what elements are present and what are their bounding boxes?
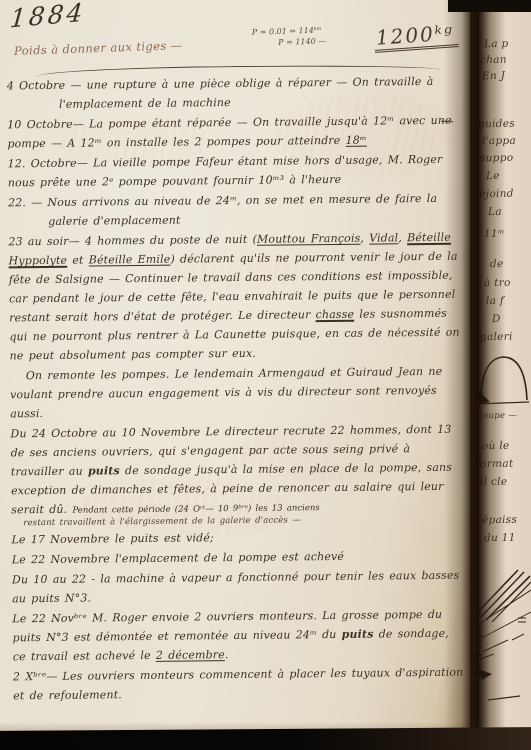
photo-top-edge <box>448 0 531 12</box>
entry-text: 2 Xᵇʳᵉ— Les ouvriers monteurs commencent… <box>13 666 464 703</box>
entry-text: 12. Octobre— La vieille pompe Fafeur éta… <box>8 153 443 190</box>
formula-bottom: P = 1140 — <box>278 35 362 47</box>
journal-entry: On remonte les pompes. Le lendemain Arme… <box>10 362 463 424</box>
entry-text: Le 17 Novembre le puits est vidé; <box>11 531 213 546</box>
entry-text: puits <box>88 464 120 477</box>
entry-text: On remonte les pompes. Le lendemain Arme… <box>10 365 442 421</box>
year-heading: 1884 <box>9 0 87 33</box>
left-page: 1884 Poids à donner aux tiges — P = 0.01… <box>0 0 470 736</box>
journal-entry: Le 22 Novᵇʳᵉ M. Roger envoie 2 ouvriers … <box>12 605 465 667</box>
entry-text: 2 décembre <box>156 648 225 662</box>
entry-text: chasse <box>316 308 355 321</box>
entry-text: et <box>67 254 89 267</box>
journal-entry: 12. Octobre— La vieille pompe Fafeur éta… <box>8 150 460 193</box>
entry-text: , <box>360 232 369 245</box>
entries: 4 Octobre — une rupture à une pièce obli… <box>7 72 466 707</box>
journal-entry: Du 10 au 22 - la machine à vapeur a fonc… <box>12 566 464 609</box>
journal-entry: Du 24 Octobre au 10 Novembre Le directeu… <box>10 420 463 522</box>
entry-text: . <box>225 648 229 661</box>
book-gutter <box>444 0 506 750</box>
photo-of-manuscript: { "page": { "year": "1884", "header": { … <box>0 0 531 750</box>
entry-text: 4 Octobre — une rupture à une pièce obli… <box>7 75 434 111</box>
entry-text: 22. — Nous arrivons au niveau de 24ᵐ, on… <box>8 192 437 228</box>
journal-entry: 23 au soir— 4 hommes du poste de nuit (M… <box>8 228 461 366</box>
entry-text: 18ᵐ <box>346 134 367 147</box>
entry-text: Mouttou François <box>257 232 361 246</box>
formula-top: P = 0.01 = 114ᵏᵐ <box>252 25 322 36</box>
entry-text: Béteille Emile <box>89 253 171 267</box>
entry-text: puits <box>342 628 374 641</box>
entry-text: restant travaillent à l'élargissement de… <box>23 515 301 528</box>
weight-formula: P = 0.01 = 114ᵏᵐ P = 1140 — <box>252 24 363 48</box>
entry-text: Pendant cette période (24 Oᶜᵗ— 10 9ᵇʳᵉ) … <box>72 503 319 516</box>
journal-entry: 4 Octobre — une rupture à une pièce obli… <box>7 72 459 115</box>
entry-text: Le 22 Novembre l'emplacement de la pompe… <box>12 550 344 566</box>
entry-text: , <box>398 231 407 244</box>
journal-entry: 10 Octobre— La pompe étant réparée — On … <box>7 111 459 154</box>
header-note: Poids à donner aux tiges — <box>14 39 183 58</box>
journal-entry: 22. — Nous arrivons au niveau de 24ᵐ, on… <box>8 189 460 232</box>
entry-text: Du 10 au 22 - la machine à vapeur a fonc… <box>12 569 460 606</box>
entry-text: 23 au soir— 4 hommes du poste de nuit ( <box>8 233 257 249</box>
entry-text: Vidal <box>369 231 398 244</box>
photo-bottom-edge <box>0 727 531 750</box>
entry-text: 10 Octobre— La pompe étant réparée — On … <box>7 114 452 151</box>
journal-entry: 2 Xᵇʳᵉ— Les ouvriers monteurs commencent… <box>13 663 465 706</box>
